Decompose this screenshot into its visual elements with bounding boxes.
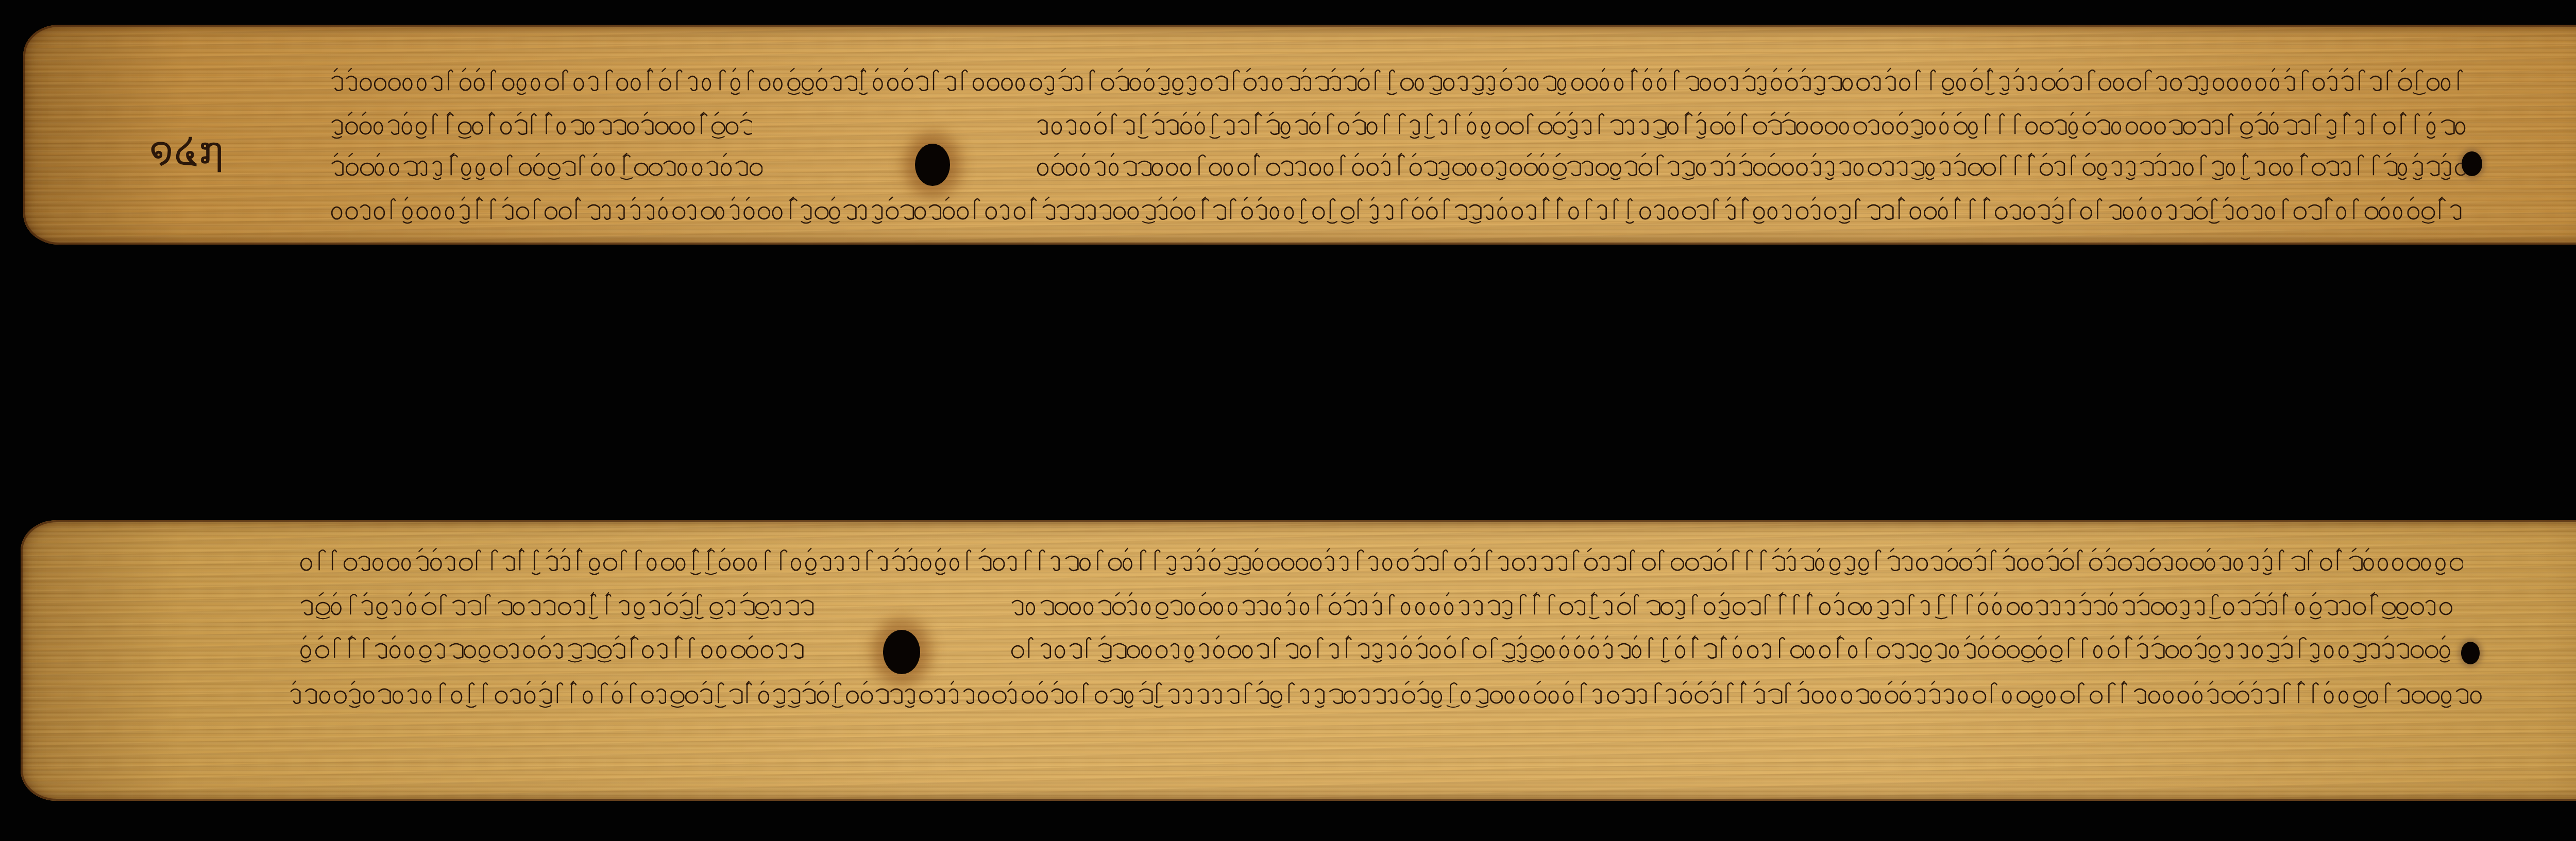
- script-text-line: [1010, 634, 2452, 664]
- script-text-line: [299, 591, 814, 621]
- folio-number: ໑໔໗: [149, 129, 224, 172]
- script-text-line: [299, 547, 2463, 577]
- script-text-line: [330, 67, 2468, 97]
- script-text-line: [1036, 152, 2468, 182]
- binding-hole: [883, 630, 920, 674]
- binding-hole: [2461, 642, 2480, 664]
- script-text-line: [1010, 591, 2452, 621]
- script-text-line: [330, 196, 2463, 226]
- binding-hole: [915, 144, 950, 186]
- script-text-line: [330, 152, 762, 182]
- script-text-line: [299, 634, 804, 664]
- binding-hole: [2462, 151, 2482, 176]
- script-text-line: [1036, 111, 2468, 141]
- script-text-line: [289, 680, 2483, 710]
- script-text-line: [330, 111, 752, 141]
